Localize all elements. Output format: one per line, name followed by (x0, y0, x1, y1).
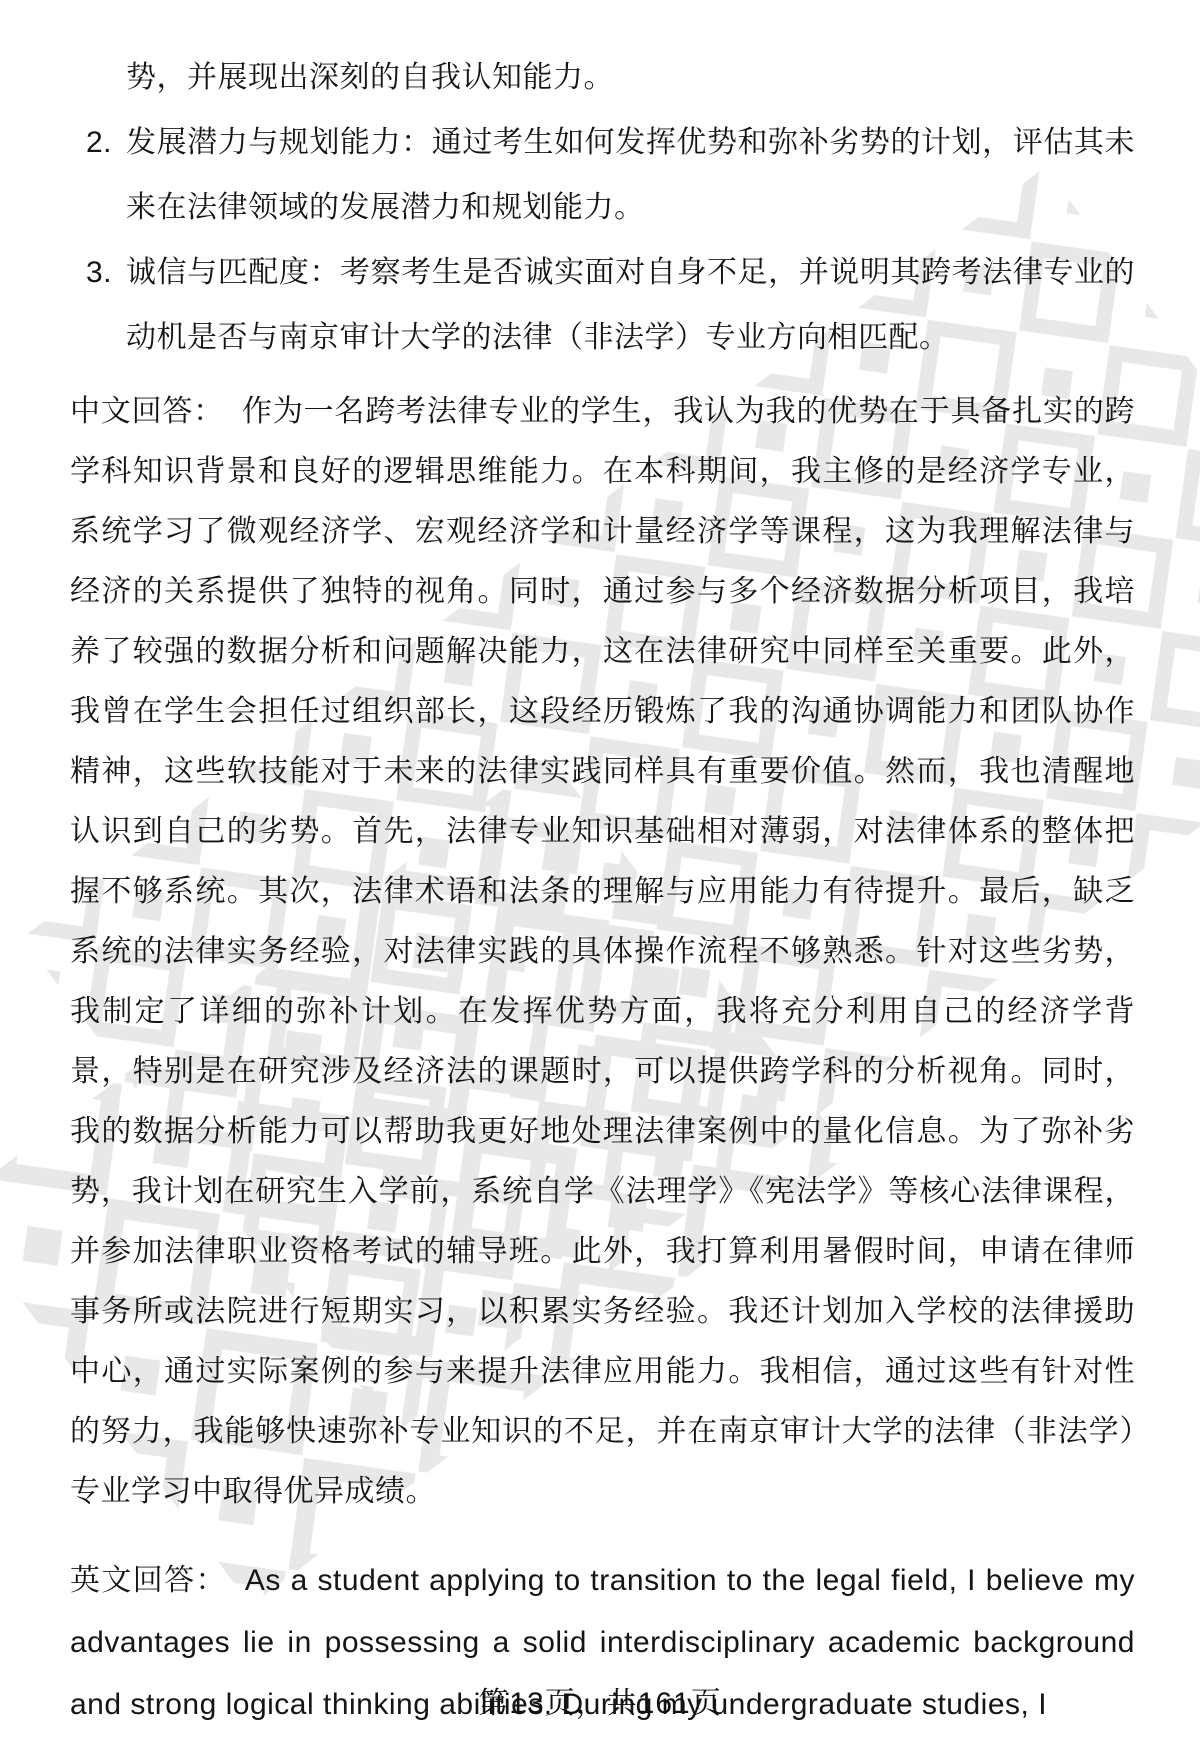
list-item-text: 发展潜力与规划能力：通过考生如何发挥优势和弥补劣势的计划，评估其未来在法律领域的… (126, 110, 1135, 240)
list-item-1-continuation: 势，并展现出深刻的自我认知能力。 (70, 45, 1135, 110)
chinese-answer-label: 中文回答： (70, 395, 224, 428)
list-item-text: 诚信与匹配度：考察考生是否诚实面对自身不足，并说明其跨考法律专业的动机是否与南京… (126, 240, 1135, 370)
numbered-list: 势，并展现出深刻的自我认知能力。 2. 发展潜力与规划能力：通过考生如何发挥优势… (70, 45, 1135, 370)
page-number-text: 第13页，共161页 (478, 1687, 721, 1720)
document-page: 势，并展现出深刻的自我认知能力。 2. 发展潜力与规划能力：通过考生如何发挥优势… (0, 0, 1200, 1755)
list-item-number: 2. (70, 110, 126, 175)
page-footer: 第13页，共161页 (0, 1686, 1200, 1722)
list-item-2: 2. 发展潜力与规划能力：通过考生如何发挥优势和弥补劣势的计划，评估其未来在法律… (70, 110, 1135, 240)
english-answer-label: 英文回答： (70, 1564, 227, 1597)
list-item-text: 势，并展现出深刻的自我认知能力。 (126, 45, 1135, 110)
document-content: 势，并展现出深刻的自我认知能力。 2. 发展潜力与规划能力：通过考生如何发挥优势… (70, 0, 1135, 1736)
list-item-3: 3. 诚信与匹配度：考察考生是否诚实面对自身不足，并说明其跨考法律专业的动机是否… (70, 240, 1135, 370)
chinese-answer-paragraph: 中文回答：作为一名跨考法律专业的学生，我认为我的优势在于具备扎实的跨学科知识背景… (70, 382, 1135, 1522)
list-item-number: 3. (70, 240, 126, 305)
chinese-answer-text: 作为一名跨考法律专业的学生，我认为我的优势在于具备扎实的跨学科知识背景和良好的逻… (70, 395, 1135, 1508)
